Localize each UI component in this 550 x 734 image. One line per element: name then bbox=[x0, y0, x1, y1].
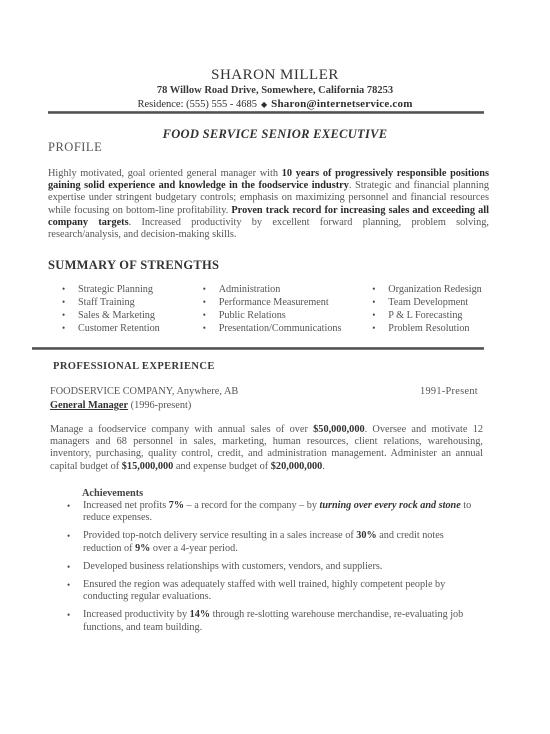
text-segment: Ensured the region was adequately staffe… bbox=[83, 579, 445, 602]
candidate-name: SHARON MILLER bbox=[0, 67, 550, 84]
strengths-heading: SUMMARY OF STRENGTHS bbox=[48, 258, 219, 273]
strength-item: Problem Resolution bbox=[370, 322, 500, 335]
job-title: General Manager bbox=[50, 400, 128, 411]
text-segment: $15,000,000 bbox=[122, 461, 173, 472]
profile-heading: PROFILE bbox=[48, 140, 102, 155]
strength-item: Organization Redesign bbox=[370, 283, 500, 296]
strength-item: Administration bbox=[201, 283, 371, 296]
strength-item: P & L Forecasting bbox=[370, 309, 500, 322]
text-segment: Developed business relationships with cu… bbox=[83, 561, 382, 572]
job-title-dates: (1996-present) bbox=[128, 400, 191, 411]
strength-item: Team Development bbox=[370, 296, 500, 309]
strength-item: Public Relations bbox=[201, 309, 371, 322]
text-segment: $50,000,000 bbox=[313, 424, 364, 435]
strength-item: Sales & Marketing bbox=[60, 309, 201, 322]
achievements-heading: Achievements bbox=[82, 488, 143, 499]
text-segment: turning over every rock and stone bbox=[320, 500, 461, 511]
profile-text: Highly motivated, goal oriented general … bbox=[48, 168, 489, 241]
text-segment: Manage a foodservice company with annual… bbox=[50, 424, 313, 435]
strength-item: Performance Measurement bbox=[201, 296, 371, 309]
strengths-column: Organization Redesign Team Development P… bbox=[370, 283, 500, 335]
address: 78 Willow Road Drive, Somewhere, Califor… bbox=[0, 85, 550, 96]
strengths-list: Strategic Planning Staff Training Sales … bbox=[60, 283, 500, 335]
diamond-separator-icon: ◆ bbox=[261, 100, 267, 109]
email-link[interactable]: Sharon@internetservice.com bbox=[271, 98, 412, 110]
text-segment: 30% bbox=[356, 530, 376, 541]
text-segment: 7% bbox=[169, 500, 184, 511]
employment-dates: 1991-Present bbox=[420, 386, 478, 397]
strengths-column: Administration Performance Measurement P… bbox=[201, 283, 371, 335]
text-segment: . bbox=[322, 461, 325, 472]
achievement-item: Provided top-notch delivery service resu… bbox=[62, 530, 482, 554]
achievement-item: Increased net profits 7% – a record for … bbox=[62, 500, 482, 524]
experience-heading: PROFESSIONAL EXPERIENCE bbox=[53, 361, 215, 372]
text-segment: Increased net profits bbox=[83, 500, 169, 511]
text-segment: Increased productivity by bbox=[83, 609, 190, 620]
text-segment: and expense budget of bbox=[173, 461, 271, 472]
strength-item: Presentation/Communications bbox=[201, 322, 371, 335]
contact-line: Residence: (555) 555 - 4685◆Sharon@inter… bbox=[0, 98, 550, 110]
phone: Residence: (555) 555 - 4685 bbox=[137, 99, 257, 110]
achievement-item: Ensured the region was adequately staffe… bbox=[62, 579, 482, 603]
text-segment: $20,000,000 bbox=[271, 461, 322, 472]
achievement-item: Increased productivity by 14% through re… bbox=[62, 609, 482, 633]
header-divider bbox=[48, 111, 484, 114]
strength-item: Customer Retention bbox=[60, 322, 201, 335]
text-segment: Highly motivated, goal oriented general … bbox=[48, 168, 282, 179]
text-segment: – a record for the company – by bbox=[184, 500, 320, 511]
text-segment: Provided top-notch delivery service resu… bbox=[83, 530, 356, 541]
strengths-column: Strategic Planning Staff Training Sales … bbox=[60, 283, 201, 335]
text-segment: 9% bbox=[135, 543, 150, 554]
strength-item: Strategic Planning bbox=[60, 283, 201, 296]
text-segment: 14% bbox=[190, 609, 210, 620]
achievements-list: Increased net profits 7% – a record for … bbox=[62, 500, 482, 640]
company-name: FOODSERVICE COMPANY, Anywhere, AB bbox=[50, 386, 238, 397]
strength-item: Staff Training bbox=[60, 296, 201, 309]
job-description: Manage a foodservice company with annual… bbox=[50, 424, 483, 473]
job-title-line: General Manager (1996-present) bbox=[50, 400, 191, 411]
achievement-item: Developed business relationships with cu… bbox=[62, 561, 482, 573]
text-segment: over a 4-year period. bbox=[150, 543, 237, 554]
section-divider bbox=[32, 347, 484, 350]
